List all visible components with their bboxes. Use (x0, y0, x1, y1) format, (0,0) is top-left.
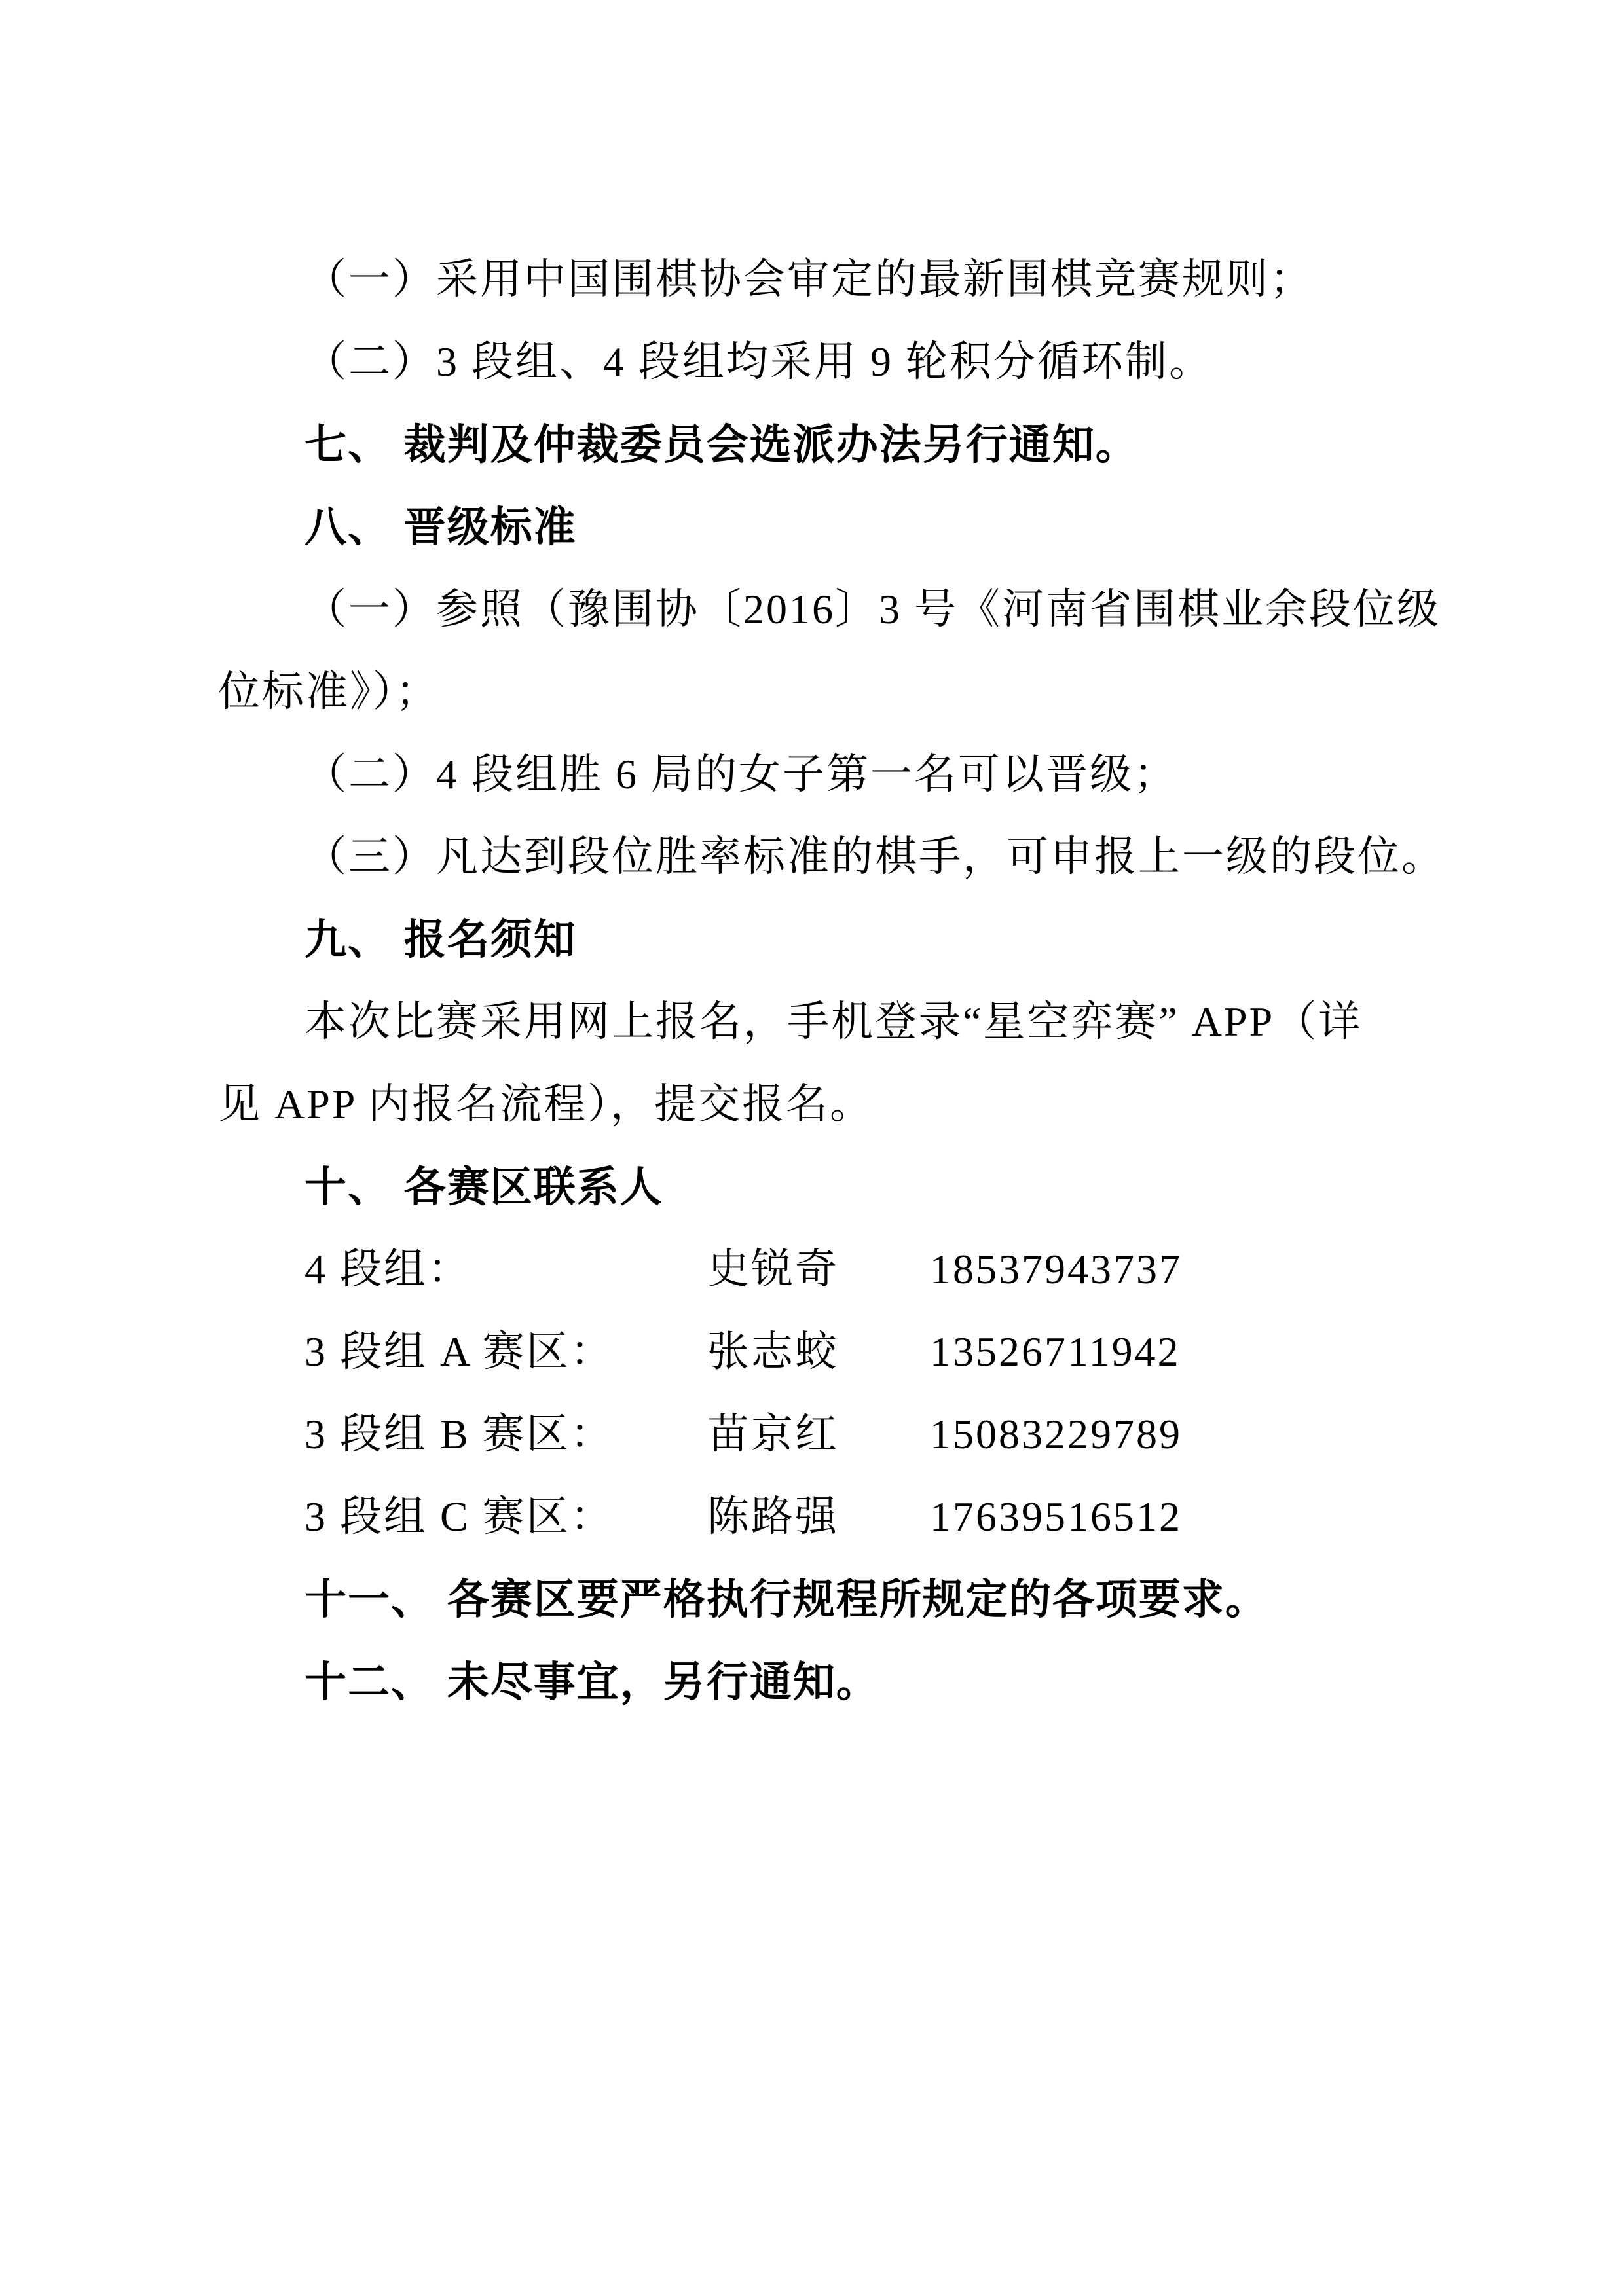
contact-name: 陈路强 (707, 1476, 930, 1558)
heading-contacts: 十、 各赛区联系人 (218, 1146, 1408, 1228)
contact-phone: 18537943737 (930, 1228, 1182, 1311)
contact-row-3dan-b: 3 段组 B 赛区：苗京红15083229789 (218, 1393, 1408, 1476)
contact-label: 3 段组 B 赛区： (304, 1393, 707, 1476)
contact-phone: 17639516512 (930, 1476, 1182, 1558)
contact-name: 张志蛟 (707, 1311, 930, 1393)
line-rule-2: （二）3 段组、4 段组均采用 9 轮积分循环制。 (218, 321, 1408, 403)
contact-phone: 13526711942 (930, 1311, 1181, 1393)
contact-row-3dan-c: 3 段组 C 赛区：陈路强17639516512 (218, 1476, 1408, 1558)
contact-row-4dan: 4 段组：史锐奇18537943737 (218, 1228, 1408, 1311)
line-rule-1: （一）采用中国围棋协会审定的最新围棋竞赛规则； (218, 238, 1408, 321)
contact-name: 苗京红 (707, 1393, 930, 1476)
document-body: （一）采用中国围棋协会审定的最新围棋竞赛规则； （二）3 段组、4 段组均采用 … (0, 0, 1624, 1723)
contact-label: 4 段组： (304, 1228, 707, 1311)
line-promotion-2: （二）4 段组胜 6 局的女子第一名可以晋级； (218, 733, 1408, 816)
line-registration-1: 本次比赛采用网上报名，手机登录“星空弈赛” APP（详 (218, 981, 1408, 1063)
heading-referee: 七、 裁判及仲裁委员会选派办法另行通知。 (218, 403, 1408, 486)
heading-misc: 十二、 未尽事宜，另行通知。 (218, 1641, 1408, 1723)
contact-label: 3 段组 C 赛区： (304, 1476, 707, 1558)
heading-promotion: 八、 晋级标准 (218, 486, 1408, 568)
line-promotion-ref-2: 位标准》）； (218, 651, 1408, 733)
heading-requirements: 十一、 各赛区要严格执行规程所规定的各项要求。 (218, 1558, 1408, 1641)
contact-name: 史锐奇 (707, 1228, 930, 1311)
contact-label: 3 段组 A 赛区： (304, 1311, 707, 1393)
line-promotion-ref-1: （一）参照（豫围协〔2016〕3 号《河南省围棋业余段位级 (218, 568, 1408, 651)
document-page: （一）采用中国围棋协会审定的最新围棋竞赛规则； （二）3 段组、4 段组均采用 … (0, 0, 1624, 2296)
contact-phone: 15083229789 (930, 1393, 1182, 1476)
line-registration-2: 见 APP 内报名流程），提交报名。 (218, 1063, 1408, 1146)
heading-registration: 九、 报名须知 (218, 898, 1408, 981)
line-promotion-3: （三）凡达到段位胜率标准的棋手，可申报上一级的段位。 (218, 816, 1408, 898)
contact-row-3dan-a: 3 段组 A 赛区：张志蛟13526711942 (218, 1311, 1408, 1393)
